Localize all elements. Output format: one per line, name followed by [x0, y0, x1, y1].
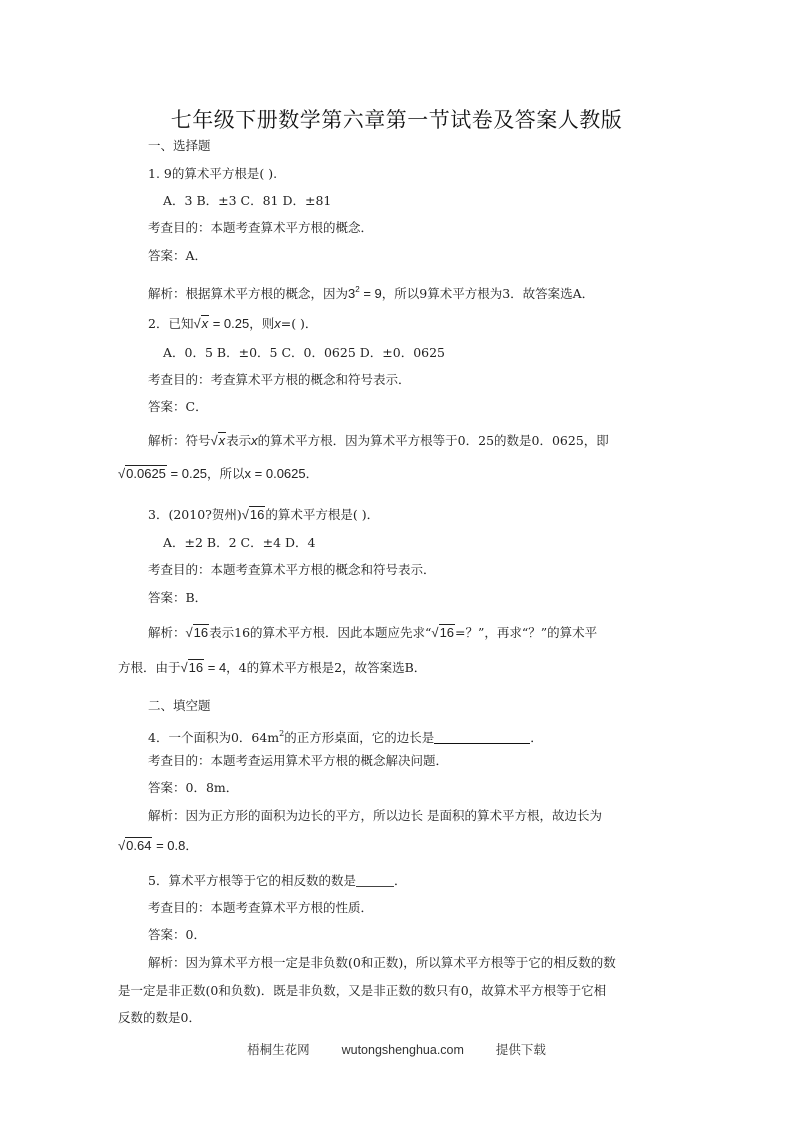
question-1-answer: 答案：A．: [148, 248, 207, 264]
footer-url[interactable]: wutongshenghua.com: [342, 1043, 464, 1057]
question-4-analysis-line-1: 解析：因为正方形的面积为边长的平方，所以边长 是面积的算术平方根，故边长为: [148, 808, 602, 824]
analysis-prefix: 方根．由于: [118, 660, 181, 675]
answer-blank: [356, 874, 394, 887]
stem-suffix: 的算术平方根是( )．: [265, 507, 379, 522]
analysis-suffix: 的算术平方根．因为算术平方根等于0．25的数是0．0625，即: [258, 433, 609, 448]
question-3-purpose: 考查目的：本题考查算术平方根的概念和符号表示．: [148, 562, 436, 578]
question-2-analysis-line-1: 解析：符号√x表示x的算术平方根．因为算术平方根等于0．25的数是0．0625，…: [148, 433, 609, 449]
question-5-purpose: 考查目的：本题考查算术平方根的性质．: [148, 900, 373, 916]
stem-mid: ，则: [249, 316, 274, 331]
math-sqrt-16-eq-4: √16 = 4: [181, 659, 227, 675]
question-2-stem: 2．已知√x = 0.25，则x=( )．: [148, 316, 317, 332]
page-title: 七年级下册数学第六章第一节试卷及答案人教版: [0, 104, 793, 134]
document-page: 七年级下册数学第六章第一节试卷及答案人教版 一、选择题 1. 9的算术平方根是(…: [0, 0, 793, 1122]
stem-prefix: 5．算术平方根等于它的相反数的数是: [148, 873, 356, 888]
math-sqrt-16: √16: [186, 624, 210, 640]
question-1-analysis: 解析：根据算术平方根的概念，因为32 = 9，所以9算术平方根为3．故答案选A．: [148, 282, 594, 302]
math-expression: 32 = 9: [348, 286, 382, 301]
question-2-answer: 答案：C．: [148, 399, 208, 415]
question-4-stem: 4．一个面积为0．64m2的正方形桌面，它的边长是．: [148, 726, 543, 746]
analysis-suffix: =？”，再求“？”的算术平: [455, 625, 597, 640]
question-5-analysis-line-1: 解析：因为算术平方根一定是非负数(0和正数)，所以算术平方根等于它的相反数的数: [148, 955, 616, 971]
analysis-mid: 表示: [226, 433, 251, 448]
math-sqrt-16: √16: [242, 506, 266, 522]
question-3-answer: 答案：B．: [148, 590, 207, 606]
math-x-value: x = 0.0625: [245, 466, 306, 481]
math-sqrt-x: √x: [211, 432, 227, 448]
stem-prefix: 4．一个面积为0．64m: [148, 730, 279, 745]
analysis-suffix: ．: [306, 466, 319, 481]
section-heading-multiple-choice: 一、选择题: [148, 138, 211, 154]
question-2-purpose: 考查目的：考查算术平方根的概念和符号表示．: [148, 372, 411, 388]
section-heading-fill-in: 二、填空题: [148, 698, 211, 714]
stem-end: ．: [530, 730, 543, 745]
analysis-mid: ，所以: [207, 466, 245, 481]
question-5-analysis-line-3: 反数的数是0．: [118, 1010, 201, 1026]
question-4-purpose: 考查目的：本题考查运用算术平方根的概念解决问题．: [148, 753, 448, 769]
question-1-options: A．3 B．±3 C．81 D．±81: [163, 193, 331, 209]
question-1-purpose: 考查目的：本题考查算术平方根的概念．: [148, 220, 373, 236]
footer-note: 提供下载: [496, 1042, 546, 1057]
question-2-analysis-line-2: √0.0625 = 0.25，所以x = 0.0625．: [118, 466, 318, 482]
question-5-analysis-line-2: 是一定是非正数(0和负数)．既是非负数，又是非正数的数只有0，故算术平方根等于它…: [118, 983, 606, 999]
analysis-prefix: 解析：: [148, 625, 186, 640]
question-3-stem: 3．(2010?贺州)√16的算术平方根是( )．: [148, 507, 379, 523]
stem-suffix: =( )．: [281, 316, 318, 331]
analysis-prefix: 解析：符号: [148, 433, 211, 448]
question-5-answer: 答案：0．: [148, 927, 206, 943]
stem-end: ．: [394, 873, 407, 888]
answer-blank: [434, 731, 530, 744]
question-5-stem: 5．算术平方根等于它的相反数的数是．: [148, 873, 406, 889]
question-4-analysis-line-2: √0.64 = 0.8．: [118, 838, 198, 854]
math-sqrt-16: √16: [431, 624, 455, 640]
stem-prefix: 2．已知: [148, 316, 193, 331]
question-4-answer: 答案：0．8m．: [148, 780, 238, 796]
analysis-suffix: ，所以9算术平方根为3．故答案选A．: [382, 286, 594, 301]
analysis-suffix: ．: [185, 838, 198, 853]
analysis-suffix: ，4的算术平方根是2，故答案选B．: [226, 660, 426, 675]
analysis-mid: 表示16的算术平方根．因此本题应先求“: [209, 625, 431, 640]
question-1-stem: 1. 9的算术平方根是( ).: [148, 166, 277, 182]
question-3-analysis-line-1: 解析：√16表示16的算术平方根．因此本题应先求“√16=？”，再求“？”的算术…: [148, 625, 597, 641]
math-sqrt-x: √x = 0.25: [193, 315, 249, 331]
footer-site-name: 梧桐生花网: [247, 1042, 310, 1057]
question-3-options: A．±2 B．2 C．±4 D．4: [163, 535, 315, 551]
question-2-options: A．0．5 B．±0．5 C．0．0625 D．±0．0625: [163, 345, 445, 361]
page-footer: 梧桐生花网 wutongshenghua.com 提供下载: [0, 1040, 793, 1058]
analysis-prefix: 解析：根据算术平方根的概念，因为: [148, 286, 348, 301]
question-3-analysis-line-2: 方根．由于√16 = 4，4的算术平方根是2，故答案选B．: [118, 660, 426, 676]
math-sqrt-0.64: √0.64 = 0.8: [118, 837, 185, 853]
stem-prefix: 3．(2010?贺州): [148, 507, 242, 522]
stem-suffix: 的正方形桌面，它的边长是: [284, 730, 434, 745]
math-sqrt-0.0625: √0.0625 = 0.25: [118, 465, 207, 481]
